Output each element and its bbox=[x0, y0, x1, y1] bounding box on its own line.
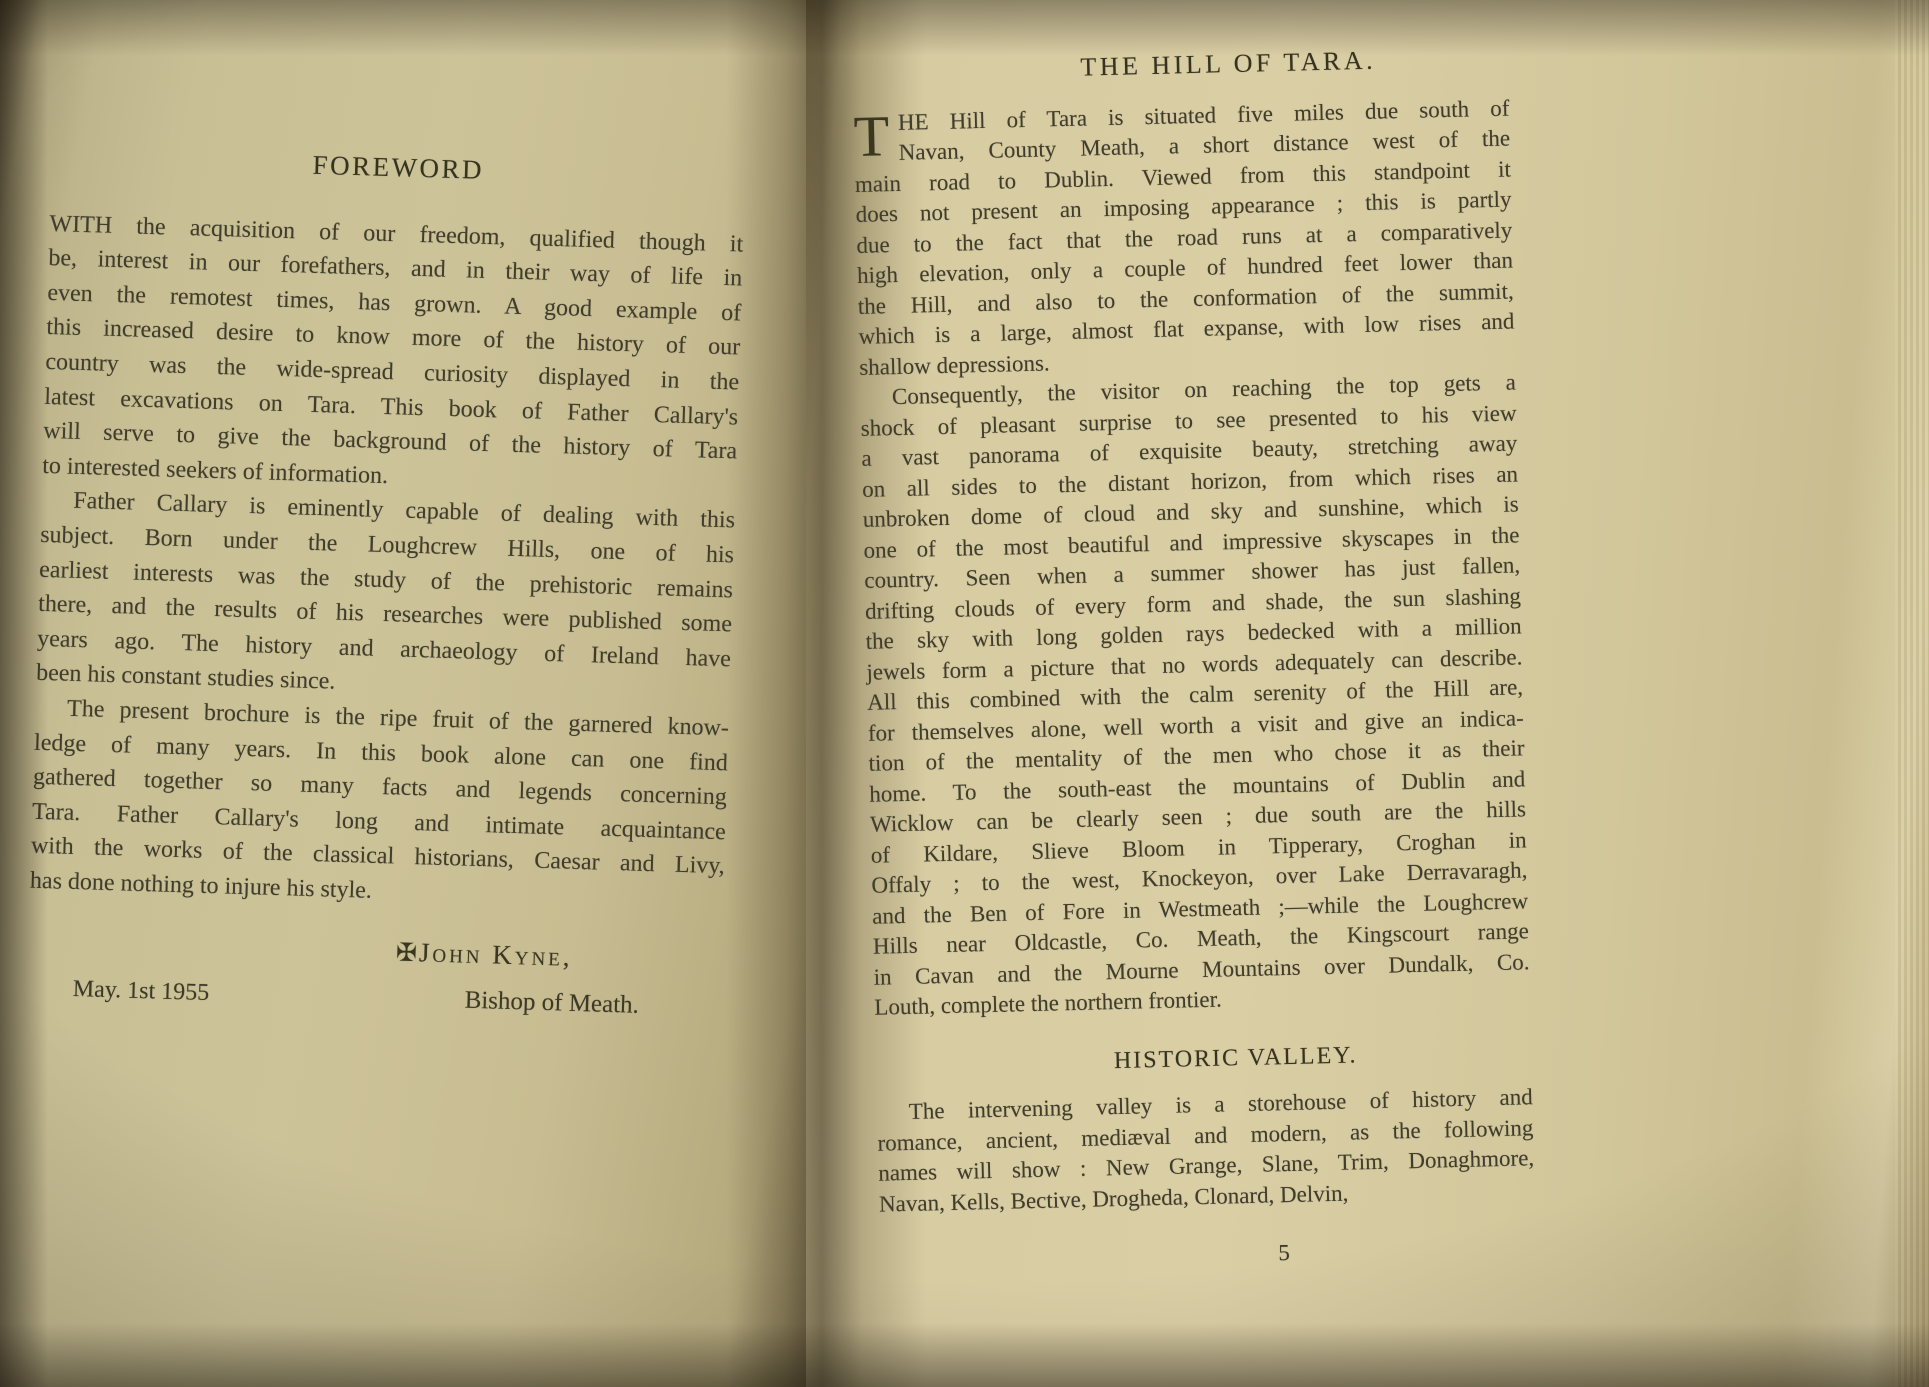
open-book-photo: FOREWORD WITH the acquisition of our fre… bbox=[0, 0, 1929, 1387]
foreword-paragraph-2: Father Callary is eminently capable of d… bbox=[36, 483, 736, 711]
signature-date: May. 1st 1955 bbox=[72, 972, 209, 1011]
page-edges bbox=[1895, 0, 1929, 1387]
photo-left-shadow bbox=[0, 0, 48, 1387]
historic-valley-heading: HISTORIC VALLEY. bbox=[875, 1036, 1532, 1082]
hill-of-tara-page-content: THE HILL OF TARA. T HE Hill of Tara is s… bbox=[852, 43, 1537, 1279]
foreword-paragraph-3: The present brochure is the ripe fruit o… bbox=[29, 691, 729, 919]
chapter-paragraph-1: T HE Hill of Tara is situated five miles… bbox=[853, 93, 1515, 383]
drop-cap: T bbox=[853, 107, 899, 161]
signature-line: ✠John Kyne, bbox=[395, 935, 722, 981]
foreword-paragraph-1: WITH the acquisition of our freedom, qua… bbox=[42, 207, 744, 504]
foreword-page-content: FOREWORD WITH the acquisition of our fre… bbox=[26, 140, 745, 1027]
chapter-paragraph-2: Consequently, the visitor on reaching th… bbox=[860, 367, 1531, 1023]
maltese-cross-icon: ✠ bbox=[396, 938, 418, 968]
signature-name: John Kyne, bbox=[419, 938, 574, 973]
photo-top-shadow bbox=[0, 0, 1929, 56]
page-number: 5 bbox=[1278, 1232, 1537, 1269]
photo-bottom-shadow bbox=[0, 1323, 1929, 1387]
signature-title: Bishop of Meath. bbox=[464, 984, 639, 1024]
historic-valley-paragraph: The intervening valley is a storehouse o… bbox=[877, 1082, 1536, 1219]
